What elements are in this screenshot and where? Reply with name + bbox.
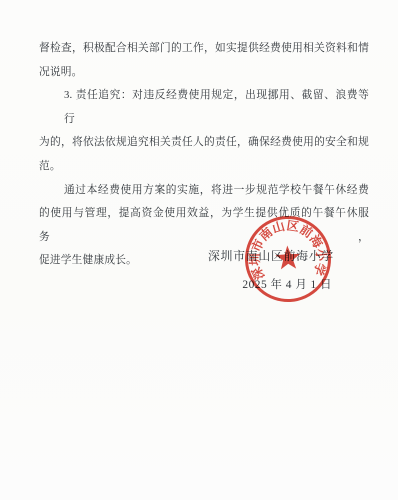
document-line: 督检查，积极配合相关部门的工作，如实提供经费使用相关资料和情	[39, 37, 369, 61]
star-icon	[275, 245, 301, 270]
document-line: 3. 责任追究：对违反经费使用规定，出现挪用、截留、浪费等行	[39, 84, 369, 131]
document-line: 况说明。	[39, 61, 369, 85]
document-line: 通过本经费使用方案的实施，将进一步规范学校午餐午休经费	[39, 179, 369, 203]
document-line: 范。	[39, 155, 369, 179]
document-page: 督检查，积极配合相关部门的工作，如实提供经费使用相关资料和情况说明。3. 责任追…	[0, 0, 398, 500]
document-line: 为的，将依法依规追究相关责任人的责任，确保经费使用的安全和规	[39, 131, 369, 155]
official-seal-stamp: 深圳市南山区前海小学	[241, 212, 336, 307]
